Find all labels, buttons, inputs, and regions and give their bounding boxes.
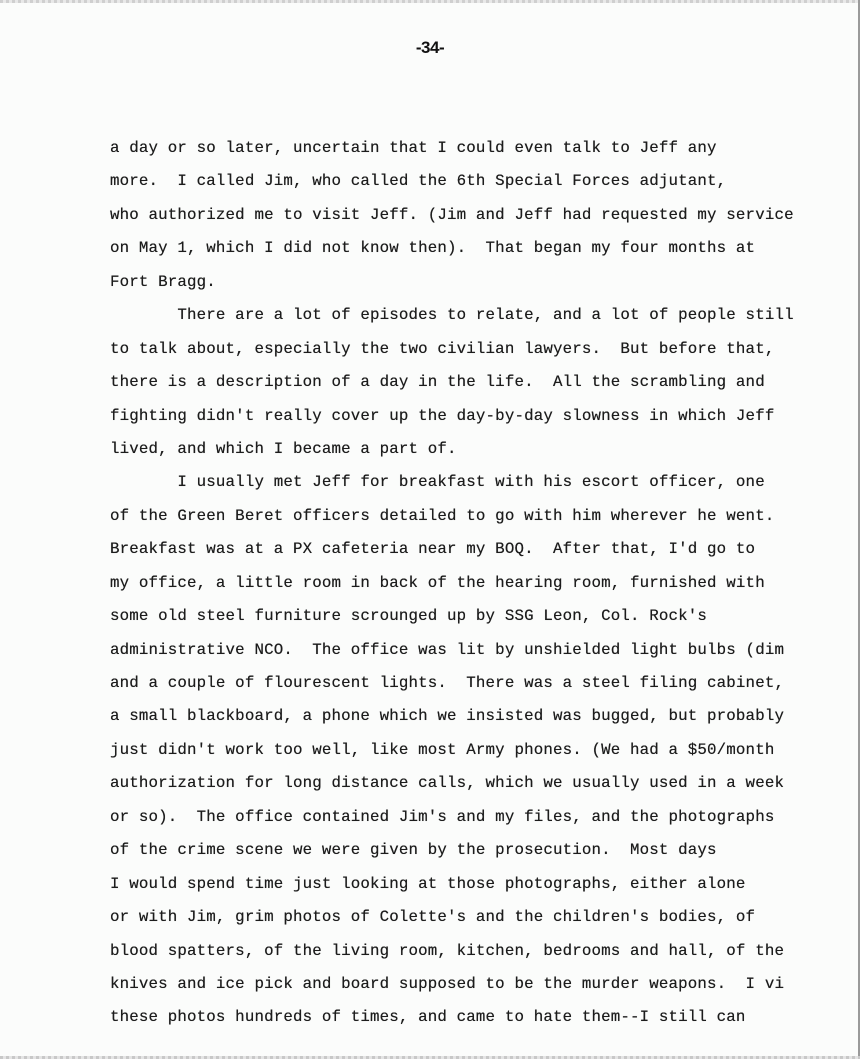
text-line: or so). The office contained Jim's and m… bbox=[110, 805, 860, 838]
text-line: I usually met Jeff for breakfast with hi… bbox=[110, 470, 860, 503]
text-line: these photos hundreds of times, and came… bbox=[110, 1005, 860, 1038]
text-line: on May 1, which I did not know then). Th… bbox=[110, 236, 860, 269]
text-line: There are a lot of episodes to relate, a… bbox=[110, 303, 860, 336]
text-line: a small blackboard, a phone which we ins… bbox=[110, 704, 860, 737]
text-line: I would spend time just looking at those… bbox=[110, 872, 860, 905]
text-line: and a couple of flourescent lights. Ther… bbox=[110, 671, 860, 704]
text-line: authorization for long distance calls, w… bbox=[110, 771, 860, 804]
text-line: there is a description of a day in the l… bbox=[110, 370, 860, 403]
text-line: blood spatters, of the living room, kitc… bbox=[110, 939, 860, 972]
text-line: just didn't work too well, like most Arm… bbox=[110, 738, 860, 771]
text-line: a day or so later, uncertain that I coul… bbox=[110, 136, 860, 169]
text-line: some old steel furniture scrounged up by… bbox=[110, 604, 860, 637]
document-body: a day or so later, uncertain that I coul… bbox=[110, 136, 860, 1039]
text-line: fighting didn't really cover up the day-… bbox=[110, 404, 860, 437]
text-line: to talk about, especially the two civili… bbox=[110, 337, 860, 370]
page-number: -34- bbox=[0, 38, 860, 58]
text-line: administrative NCO. The office was lit b… bbox=[110, 638, 860, 671]
text-line: of the Green Beret officers detailed to … bbox=[110, 504, 860, 537]
text-line: more. I called Jim, who called the 6th S… bbox=[110, 169, 860, 202]
text-line: or with Jim, grim photos of Colette's an… bbox=[110, 905, 860, 938]
text-line: of the crime scene we were given by the … bbox=[110, 838, 860, 871]
text-line: lived, and which I became a part of. bbox=[110, 437, 860, 470]
text-line: my office, a little room in back of the … bbox=[110, 571, 860, 604]
text-line: Breakfast was at a PX cafeteria near my … bbox=[110, 537, 860, 570]
text-line: knives and ice pick and board supposed t… bbox=[110, 972, 860, 1005]
text-line: Fort Bragg. bbox=[110, 270, 860, 303]
text-line: who authorized me to visit Jeff. (Jim an… bbox=[110, 203, 860, 236]
scan-top-border bbox=[0, 0, 860, 3]
